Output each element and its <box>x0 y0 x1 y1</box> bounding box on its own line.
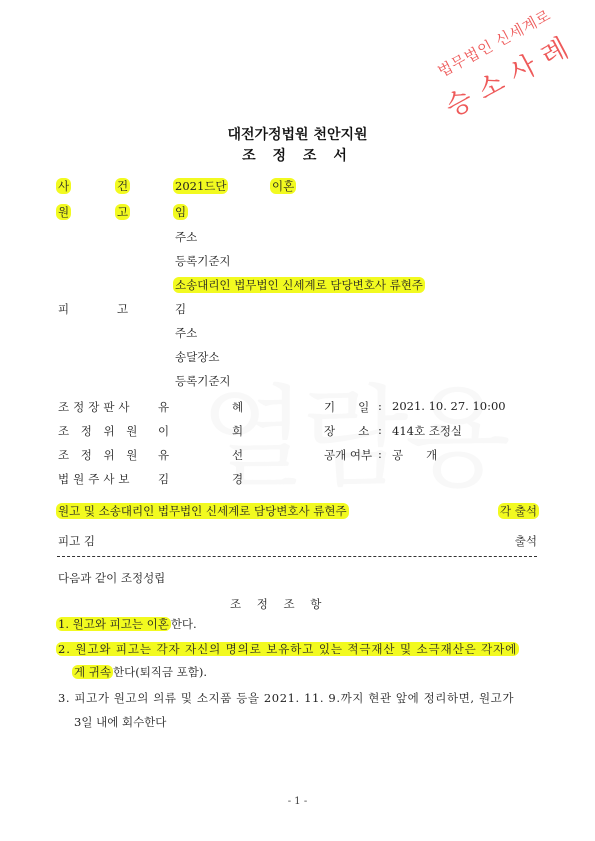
plaintiff-registry-label: 등록기준지 <box>175 253 231 269</box>
attendance-party: 원고 및 소송대리인 법무법인 신세계로 담당변호사 류현주 <box>56 503 349 519</box>
attendance-party: 피고 김 <box>58 533 95 549</box>
intro-text: 다음과 같이 조정성립 <box>58 570 165 586</box>
term-item-2: 2. 원고와 피고는 각자 자신의 명의로 보유하고 있는 적극재산 및 소극재… <box>56 641 519 657</box>
court-name: 대전가정법원 천안지원 <box>0 124 595 144</box>
case-label-a: 사 <box>56 178 71 194</box>
plaintiff-label-b: 고 <box>115 204 130 220</box>
official-role: 조정장판사 <box>58 399 134 415</box>
attendance-status: 출석 <box>515 533 537 549</box>
attendance-status: 각 출석 <box>498 503 539 519</box>
official-surname: 김 <box>158 471 169 487</box>
session-place-label: 장 소 <box>324 423 369 439</box>
term-item-1: 1. 원고와 피고는 이혼한다. <box>56 616 197 632</box>
section-title: 조 정 조 항 <box>230 596 327 612</box>
official-given: 희 <box>232 423 243 439</box>
term-item-2-cont: 게 귀속한다(퇴직금 포함). <box>72 664 207 680</box>
session-date-value: 2021. 10. 27. 10:00 <box>392 399 506 413</box>
defendant-registry-label: 등록기준지 <box>175 373 231 389</box>
document-title: 조 정 조 서 <box>0 145 595 165</box>
plaintiff-name: 임 <box>173 204 188 220</box>
session-public-label: 공개 여부 <box>324 447 372 463</box>
plaintiff-label-a: 원 <box>56 204 71 220</box>
page-number: - 1 - <box>0 796 595 807</box>
dashed-divider <box>57 556 537 557</box>
case-number: 2021드단 <box>173 178 228 194</box>
defendant-delivery-label: 송달장소 <box>175 349 219 365</box>
official-role: 조 정 위 원 <box>58 447 141 463</box>
firm-stamp: 법무법인 신세계로 승소사례 <box>425 0 582 124</box>
official-given: 선 <box>232 447 243 463</box>
official-role: 법원주사보 <box>58 471 134 487</box>
official-surname: 유 <box>158 447 169 463</box>
official-surname: 유 <box>158 399 169 415</box>
term-item-3-cont: 3일 내에 회수한다 <box>74 714 166 730</box>
official-role: 조 정 위 원 <box>58 423 141 439</box>
defendant-label-a: 피 <box>58 301 69 317</box>
defendant-name: 김 <box>175 301 186 317</box>
plaintiff-address-label: 주소 <box>175 229 197 245</box>
case-label-b: 건 <box>115 178 130 194</box>
session-public-value: 공 개 <box>392 447 437 463</box>
official-given: 혜 <box>232 399 243 415</box>
defendant-address-label: 주소 <box>175 325 197 341</box>
session-date-label: 기 일 <box>324 399 369 415</box>
plaintiff-counsel: 소송대리인 법무법인 신세계로 담당변호사 류현주 <box>173 277 425 293</box>
term-item-3: 3. 피고가 원고의 의류 및 소지품 등을 2021. 11. 9.까지 현관… <box>58 690 514 706</box>
official-surname: 이 <box>158 423 169 439</box>
defendant-label-b: 고 <box>117 301 128 317</box>
session-place-value: 414호 조정실 <box>392 423 462 439</box>
case-type: 이혼 <box>270 178 296 194</box>
official-given: 경 <box>232 471 243 487</box>
